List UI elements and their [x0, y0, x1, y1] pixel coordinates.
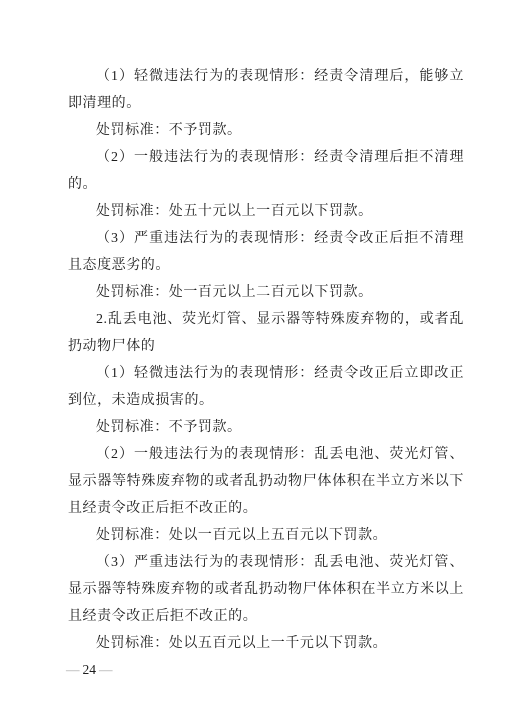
paragraph: （3）严重违法行为的表现情形：经责令改正后拒不清理且态度恶劣的。	[68, 225, 464, 279]
page-footer: —24—	[66, 661, 113, 679]
paragraph: （3）严重违法行为的表现情形：乱丢电池、荧光灯管、显示器等特殊废弃物的或者乱扔动…	[68, 549, 464, 630]
list-item-heading: 2.乱丢电池、荧光灯管、显示器等特殊废弃物的，或者乱扔动物尸体的	[68, 306, 464, 360]
page-number: 24	[80, 662, 100, 677]
paragraph: 处罚标准：不予罚款。	[68, 117, 464, 144]
footer-dash-right: —	[99, 662, 113, 677]
paragraph: （1）轻微违法行为的表现情形：经责令改正后立即改正到位，未造成损害的。	[68, 360, 464, 414]
paragraph: 处罚标准：处以一百元以上五百元以下罚款。	[68, 522, 464, 549]
paragraph: （1）轻微违法行为的表现情形：经责令清理后，能够立即清理的。	[68, 63, 464, 117]
paragraph: 处罚标准：处以五百元以上一千元以下罚款。	[68, 630, 464, 657]
paragraph: （2）一般违法行为的表现情形：乱丢电池、荧光灯管、显示器等特殊废弃物的或者乱扔动…	[68, 441, 464, 522]
paragraph: 处罚标准：处一百元以上二百元以下罚款。	[68, 279, 464, 306]
paragraph: 处罚标准：处五十元以上一百元以下罚款。	[68, 198, 464, 225]
footer-dash-left: —	[66, 662, 80, 677]
paragraph: （2）一般违法行为的表现情形：经责令清理后拒不清理的。	[68, 144, 464, 198]
paragraph: 处罚标准：不予罚款。	[68, 414, 464, 441]
document-page: （1）轻微违法行为的表现情形：经责令清理后，能够立即清理的。 处罚标准：不予罚款…	[0, 0, 527, 706]
document-body: （1）轻微违法行为的表现情形：经责令清理后，能够立即清理的。 处罚标准：不予罚款…	[68, 63, 464, 657]
